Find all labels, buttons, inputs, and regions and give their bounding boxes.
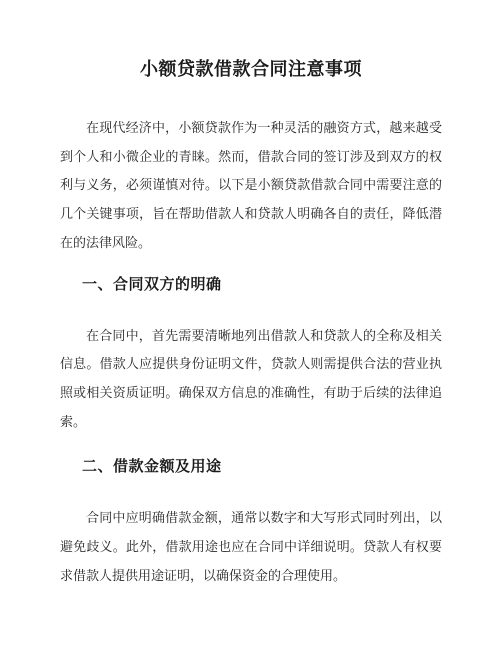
paragraph-line: 在的法律风险。 (60, 229, 442, 258)
section-2-heading: 二、借款金额及用途 (82, 456, 442, 478)
section-2-paragraph: 合同中应明确借款金额，通常以数字和大写形式同时列出，以 避免歧义。此外，借款用途… (60, 504, 442, 590)
intro-paragraph: 在现代经济中，小额贷款作为一种灵活的融资方式，越来越受 到个人和小微企业的青睐。… (60, 114, 442, 258)
paragraph-line: 索。 (60, 408, 442, 437)
paragraph-line: 避免歧义。此外，借款用途也应在合同中详细说明。贷款人有权要 (60, 533, 442, 562)
page-title: 小额贷款借款合同注意事项 (60, 56, 442, 82)
document-page: 小额贷款借款合同注意事项 在现代经济中，小额贷款作为一种灵活的融资方式，越来越受… (0, 0, 500, 647)
section-1-heading: 一、合同双方的明确 (82, 274, 442, 296)
paragraph-line: 几个关键事项，旨在帮助借款人和贷款人明确各自的责任，降低潜 (60, 200, 442, 229)
paragraph-line: 利与义务，必须谨慎对待。以下是小额贷款借款合同中需要注意的 (60, 171, 442, 200)
paragraph-line: 在现代经济中，小额贷款作为一种灵活的融资方式，越来越受 (60, 114, 442, 143)
paragraph-line: 照或相关资质证明。确保双方信息的准确性，有助于后续的法律追 (60, 379, 442, 408)
paragraph-line: 合同中应明确借款金额，通常以数字和大写形式同时列出，以 (60, 504, 442, 533)
paragraph-line: 到个人和小微企业的青睐。然而，借款合同的签订涉及到双方的权 (60, 143, 442, 172)
paragraph-line: 求借款人提供用途证明，以确保资金的合理使用。 (60, 562, 442, 591)
section-1-paragraph: 在合同中，首先需要清晰地列出借款人和贷款人的全称及相关 信息。借款人应提供身份证… (60, 322, 442, 437)
paragraph-line: 信息。借款人应提供身份证明文件，贷款人则需提供合法的营业执 (60, 350, 442, 379)
paragraph-line: 在合同中，首先需要清晰地列出借款人和贷款人的全称及相关 (60, 322, 442, 351)
